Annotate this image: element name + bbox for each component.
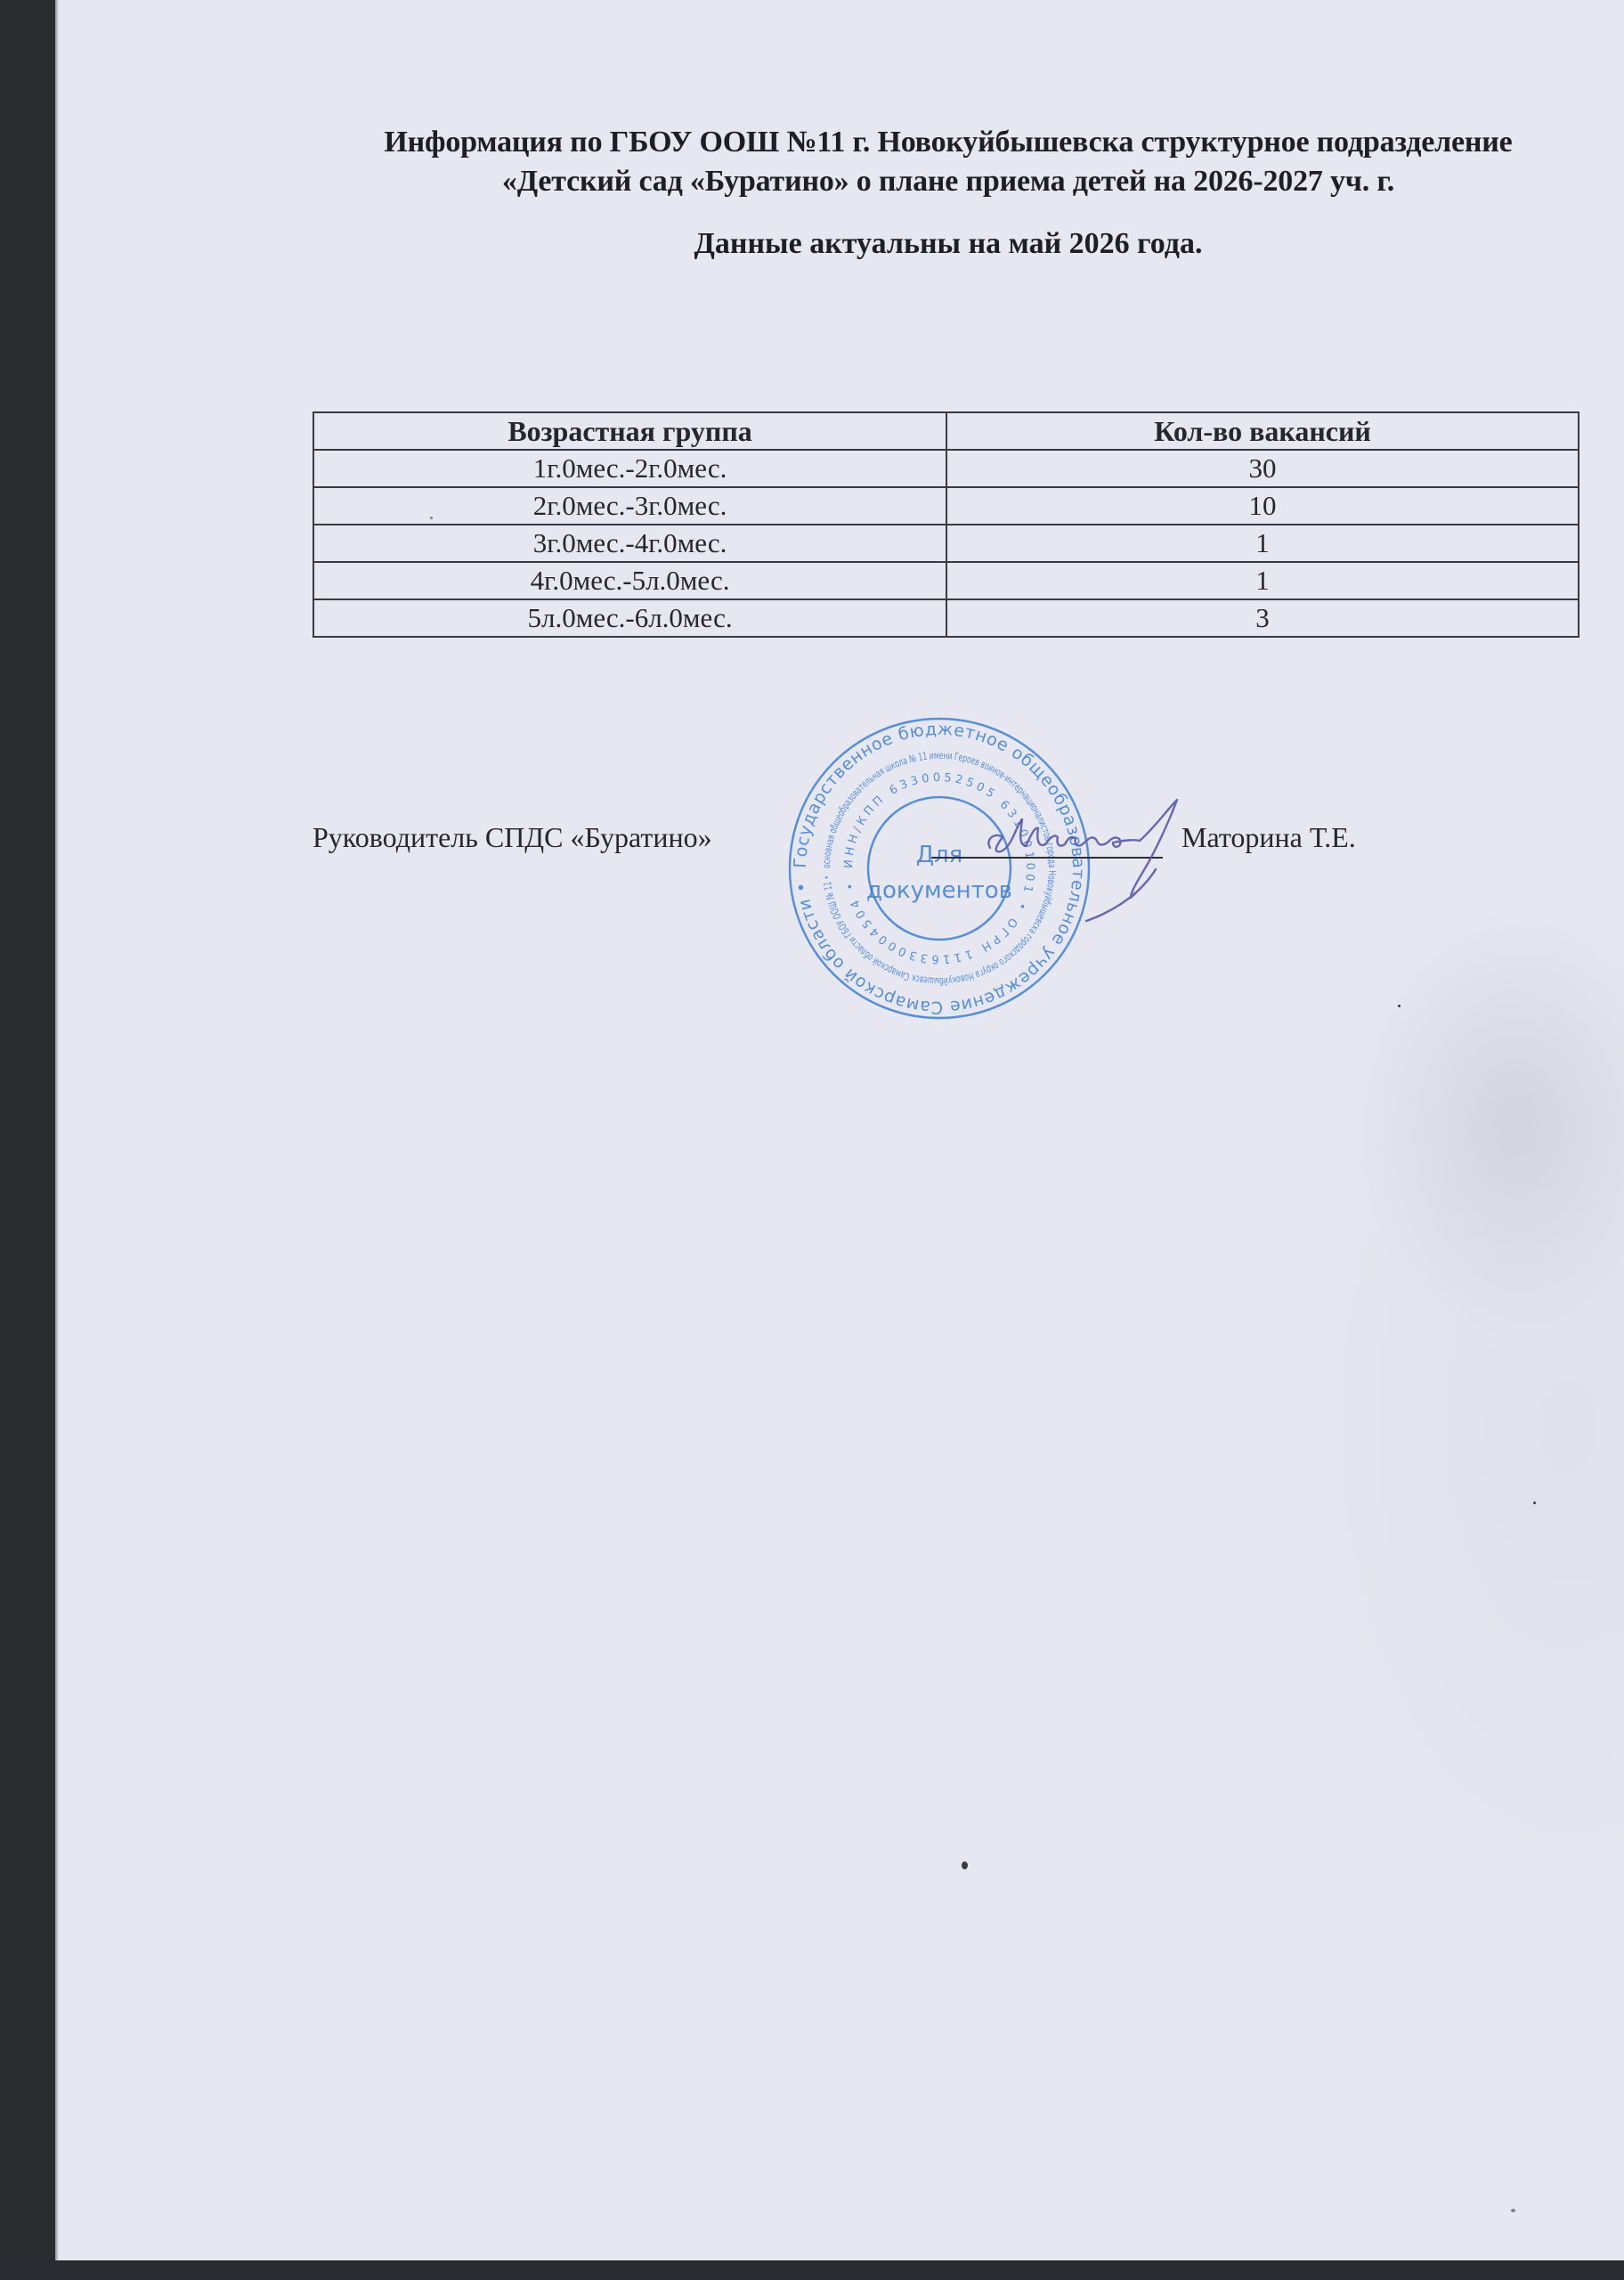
cell-vacancies: 3: [946, 599, 1579, 637]
table-row: 5л.0мес.-6л.0мес. 3: [313, 599, 1579, 637]
cell-age-group: 4г.0мес.-5л.0мес.: [313, 562, 946, 599]
scan-speck: [1511, 2209, 1515, 2212]
table-row: 1г.0мес.-2г.0мес. 30: [313, 450, 1579, 487]
handwritten-signature: [979, 793, 1211, 926]
cell-vacancies: 1: [946, 525, 1579, 562]
cell-age-group: 1г.0мес.-2г.0мес.: [313, 450, 946, 487]
scan-speck: [962, 1861, 968, 1869]
cell-age-group: 5л.0мес.-6л.0мес.: [313, 599, 946, 637]
document-title-line-2: «Детский сад «Буратино» о плане приема д…: [258, 162, 1624, 201]
scan-speck: [1533, 1502, 1536, 1504]
signer-name: Маторина Т.Е.: [1181, 821, 1356, 854]
header-vacancies: Кол-во вакансий: [946, 412, 1579, 450]
page-edge-shadow: [55, 0, 59, 2260]
cell-age-group: 2г.0мес.-3г.0мес.: [313, 487, 946, 525]
cell-vacancies: 10: [946, 487, 1579, 525]
table-row: 3г.0мес.-4г.0мес. 1: [313, 525, 1579, 562]
signer-position-label: Руководитель СПДС «Буратино»: [313, 821, 712, 854]
scan-speck: [1398, 1005, 1401, 1007]
cell-vacancies: 1: [946, 562, 1579, 599]
header-age-group: Возрастная группа: [313, 412, 946, 450]
scanner-border-bottom: [0, 2260, 1624, 2280]
cell-vacancies: 30: [946, 450, 1579, 487]
table-row: 2г.0мес.-3г.0мес. 10: [313, 487, 1579, 525]
document-subtitle: Данные актуальны на май 2026 года.: [258, 224, 1624, 264]
cell-age-group: 3г.0мес.-4г.0мес.: [313, 525, 946, 562]
vacancies-table: Возрастная группа Кол-во вакансий 1г.0ме…: [313, 411, 1579, 638]
scanned-page: [55, 0, 1624, 2260]
document-title-line-1: Информация по ГБОУ ООШ №11 г. Новокуйбыш…: [258, 123, 1624, 162]
table-row: 4г.0мес.-5л.0мес. 1: [313, 562, 1579, 599]
scan-speck: [430, 517, 433, 519]
table-header-row: Возрастная группа Кол-во вакансий: [313, 412, 1579, 450]
stamp-center-line-1: Для: [916, 842, 963, 868]
